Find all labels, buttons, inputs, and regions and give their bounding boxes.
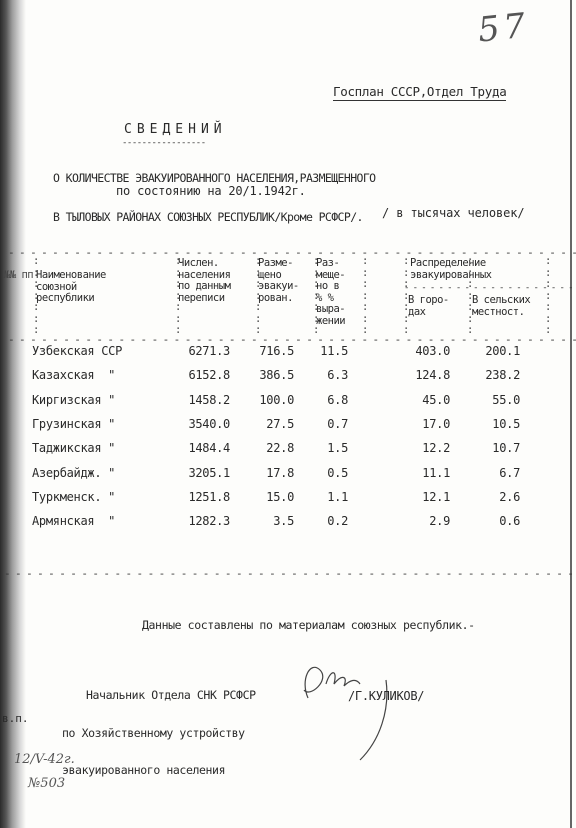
cell-percent: 1.1 <box>300 490 348 504</box>
handwritten-date: 12/V-42г. <box>14 752 75 767</box>
column-header-rural: В сельскихместност. <box>472 295 530 318</box>
cell-name: Киргизская " <box>32 393 162 407</box>
cell-population: 6152.8 <box>160 368 230 382</box>
cell-rural: 10.7 <box>466 441 520 455</box>
handwritten-number: №503 <box>28 776 65 791</box>
cell-rural: 200.1 <box>466 344 520 358</box>
column-separator: : : : : : : : <box>403 256 409 337</box>
column-separator: : : : : : : : <box>255 256 261 337</box>
column-separator: : : : : : : : <box>33 256 39 337</box>
cell-placed: 22.8 <box>240 441 294 455</box>
column-header-cities: В горо-дах <box>408 295 449 318</box>
column-separator: : : : : : : : <box>313 256 319 337</box>
units-note: / в тысячах человек/ <box>382 206 525 220</box>
cell-name: Армянская " <box>32 514 162 528</box>
cell-cities: 2.9 <box>396 514 450 528</box>
cell-percent: 0.7 <box>300 417 348 431</box>
column-header-line: эвакуированных <box>410 270 492 282</box>
column-header-line: местност. <box>472 307 530 319</box>
column-header-line: но в <box>316 281 345 293</box>
signatory-line-3: эвакуированного населения <box>62 764 256 777</box>
cell-percent: 11.5 <box>300 344 348 358</box>
cell-percent: 6.3 <box>300 368 348 382</box>
column-header-line: Разме- <box>258 258 299 270</box>
subtitle-line-2: В ТЫЛОВЫХ РАЙОНАХ СОЮЗНЫХ РЕСПУБЛИК/Кром… <box>53 211 376 224</box>
cell-name: Таджикская " <box>32 441 162 455</box>
cell-cities: 11.1 <box>396 466 450 480</box>
column-separator: : : : : : : : <box>175 256 181 337</box>
column-separator: : : : : : : : <box>545 256 551 337</box>
cell-population: 1251.8 <box>160 490 230 504</box>
cell-population: 3205.1 <box>160 466 230 480</box>
distribution-subrule: - - - - - - - - - - - - - - - - - - - - … <box>404 283 576 293</box>
table-row: Грузинская "3540.027.50.717.010.5 <box>0 417 576 433</box>
table-row: Киргизская "1458.2100.06.845.055.0 <box>0 393 576 409</box>
cell-percent: 1.5 <box>300 441 348 455</box>
column-header-placed: Разме-щеноэвакуи-рован. <box>258 258 299 304</box>
cell-name: Туркменск. " <box>32 490 162 504</box>
column-header-distribution: Распределениеэвакуированных <box>410 258 492 281</box>
cell-placed: 100.0 <box>240 393 294 407</box>
cell-name: Грузинская " <box>32 417 162 431</box>
cell-rural: 6.7 <box>466 466 520 480</box>
cell-cities: 45.0 <box>396 393 450 407</box>
cell-cities: 124.8 <box>396 368 450 382</box>
cell-name: Узбекская ССР <box>32 344 162 358</box>
column-header-line: эвакуи- <box>258 281 299 293</box>
cell-placed: 386.5 <box>240 368 294 382</box>
handwritten-signature <box>290 650 420 780</box>
cell-population: 1484.4 <box>160 441 230 455</box>
cell-cities: 403.0 <box>396 344 450 358</box>
signatory-line-2: по Хозяйственному устройству <box>62 727 256 740</box>
column-header-line: рован. <box>258 293 299 305</box>
cell-rural: 10.5 <box>466 417 520 431</box>
cell-percent: 6.8 <box>300 393 348 407</box>
cell-population: 6271.3 <box>160 344 230 358</box>
table-row: Казахская "6152.8386.56.3124.8238.2 <box>0 368 576 384</box>
column-header-population: Числен.населенияпо даннымпереписи <box>178 258 230 304</box>
column-header-line: Наименование <box>36 270 106 282</box>
document-title: СВЕДЕНИЙ <box>124 122 227 137</box>
cell-rural: 238.2 <box>466 368 520 382</box>
cell-placed: 17.8 <box>240 466 294 480</box>
archive-page-number: 57 <box>476 5 531 50</box>
as-of-date: по состоянию на 20/1.1942г. <box>116 184 306 198</box>
cell-percent: 0.2 <box>300 514 348 528</box>
cell-cities: 12.1 <box>396 490 450 504</box>
cell-rural: 55.0 <box>466 393 520 407</box>
column-header-percent: Раз-меще-но в% %выра-жении <box>316 258 345 327</box>
column-header-line: переписи <box>178 293 230 305</box>
cell-population: 3540.0 <box>160 417 230 431</box>
column-header-line: жении <box>316 316 345 328</box>
scan-left-shadow <box>0 0 26 828</box>
signatory-line-1: Начальник Отдела СНК РСФСР <box>62 689 256 702</box>
column-header-line: дах <box>408 307 449 319</box>
cell-cities: 17.0 <box>396 417 450 431</box>
table-row: Туркменск. "1251.815.01.112.12.6 <box>0 490 576 506</box>
column-header-line: выра- <box>316 304 345 316</box>
cell-rural: 0.6 <box>466 514 520 528</box>
cell-percent: 0.5 <box>300 466 348 480</box>
table-row: Азербайдж. "3205.117.80.511.16.7 <box>0 466 576 482</box>
cell-placed: 15.0 <box>240 490 294 504</box>
column-header-line: республики <box>36 293 106 305</box>
table-row: Армянская "1282.33.50.22.90.6 <box>0 514 576 530</box>
cell-rural: 2.6 <box>466 490 520 504</box>
column-header-line: В сельских <box>472 295 530 307</box>
table-row: Таджикская "1484.422.81.512.210.7 <box>0 441 576 457</box>
lower-left-note: в.п. <box>2 712 29 725</box>
column-header-line: Распределение <box>410 258 492 270</box>
column-separator: : : : : : : : <box>467 256 473 337</box>
column-header-line: В горо- <box>408 295 449 307</box>
source-note: Данные составлены по материалам союзных … <box>142 618 475 632</box>
table-row: Узбекская ССР6271.3716.511.5403.0200.1 <box>0 344 576 360</box>
department-header: Госплан СССР,Отдел Труда <box>333 84 506 101</box>
cell-population: 1282.3 <box>160 514 230 528</box>
cell-placed: 27.5 <box>240 417 294 431</box>
column-header-line: по данным <box>178 281 230 293</box>
cell-name: Азербайдж. " <box>32 466 162 480</box>
cell-placed: 3.5 <box>240 514 294 528</box>
cell-name: Казахская " <box>32 368 162 382</box>
scan-right-edge <box>570 0 572 828</box>
column-header-line: Числен. <box>178 258 230 270</box>
cell-population: 1458.2 <box>160 393 230 407</box>
column-header-line: Раз- <box>316 258 345 270</box>
left-margin-marker: №№ пп <box>4 270 33 282</box>
column-separator: : : : : : : : <box>362 256 368 337</box>
table-bottom-rule: - - - - - - - - - - - - - - - - - - - - … <box>4 567 576 580</box>
cell-placed: 716.5 <box>240 344 294 358</box>
cell-cities: 12.2 <box>396 441 450 455</box>
column-header-name: Наименованиесоюзнойреспублики <box>36 270 106 305</box>
signatory-name: /Г.КУЛИКОВ/ <box>348 689 424 703</box>
signatory-block: Начальник Отдела СНК РСФСР по Хозяйствен… <box>62 664 256 789</box>
